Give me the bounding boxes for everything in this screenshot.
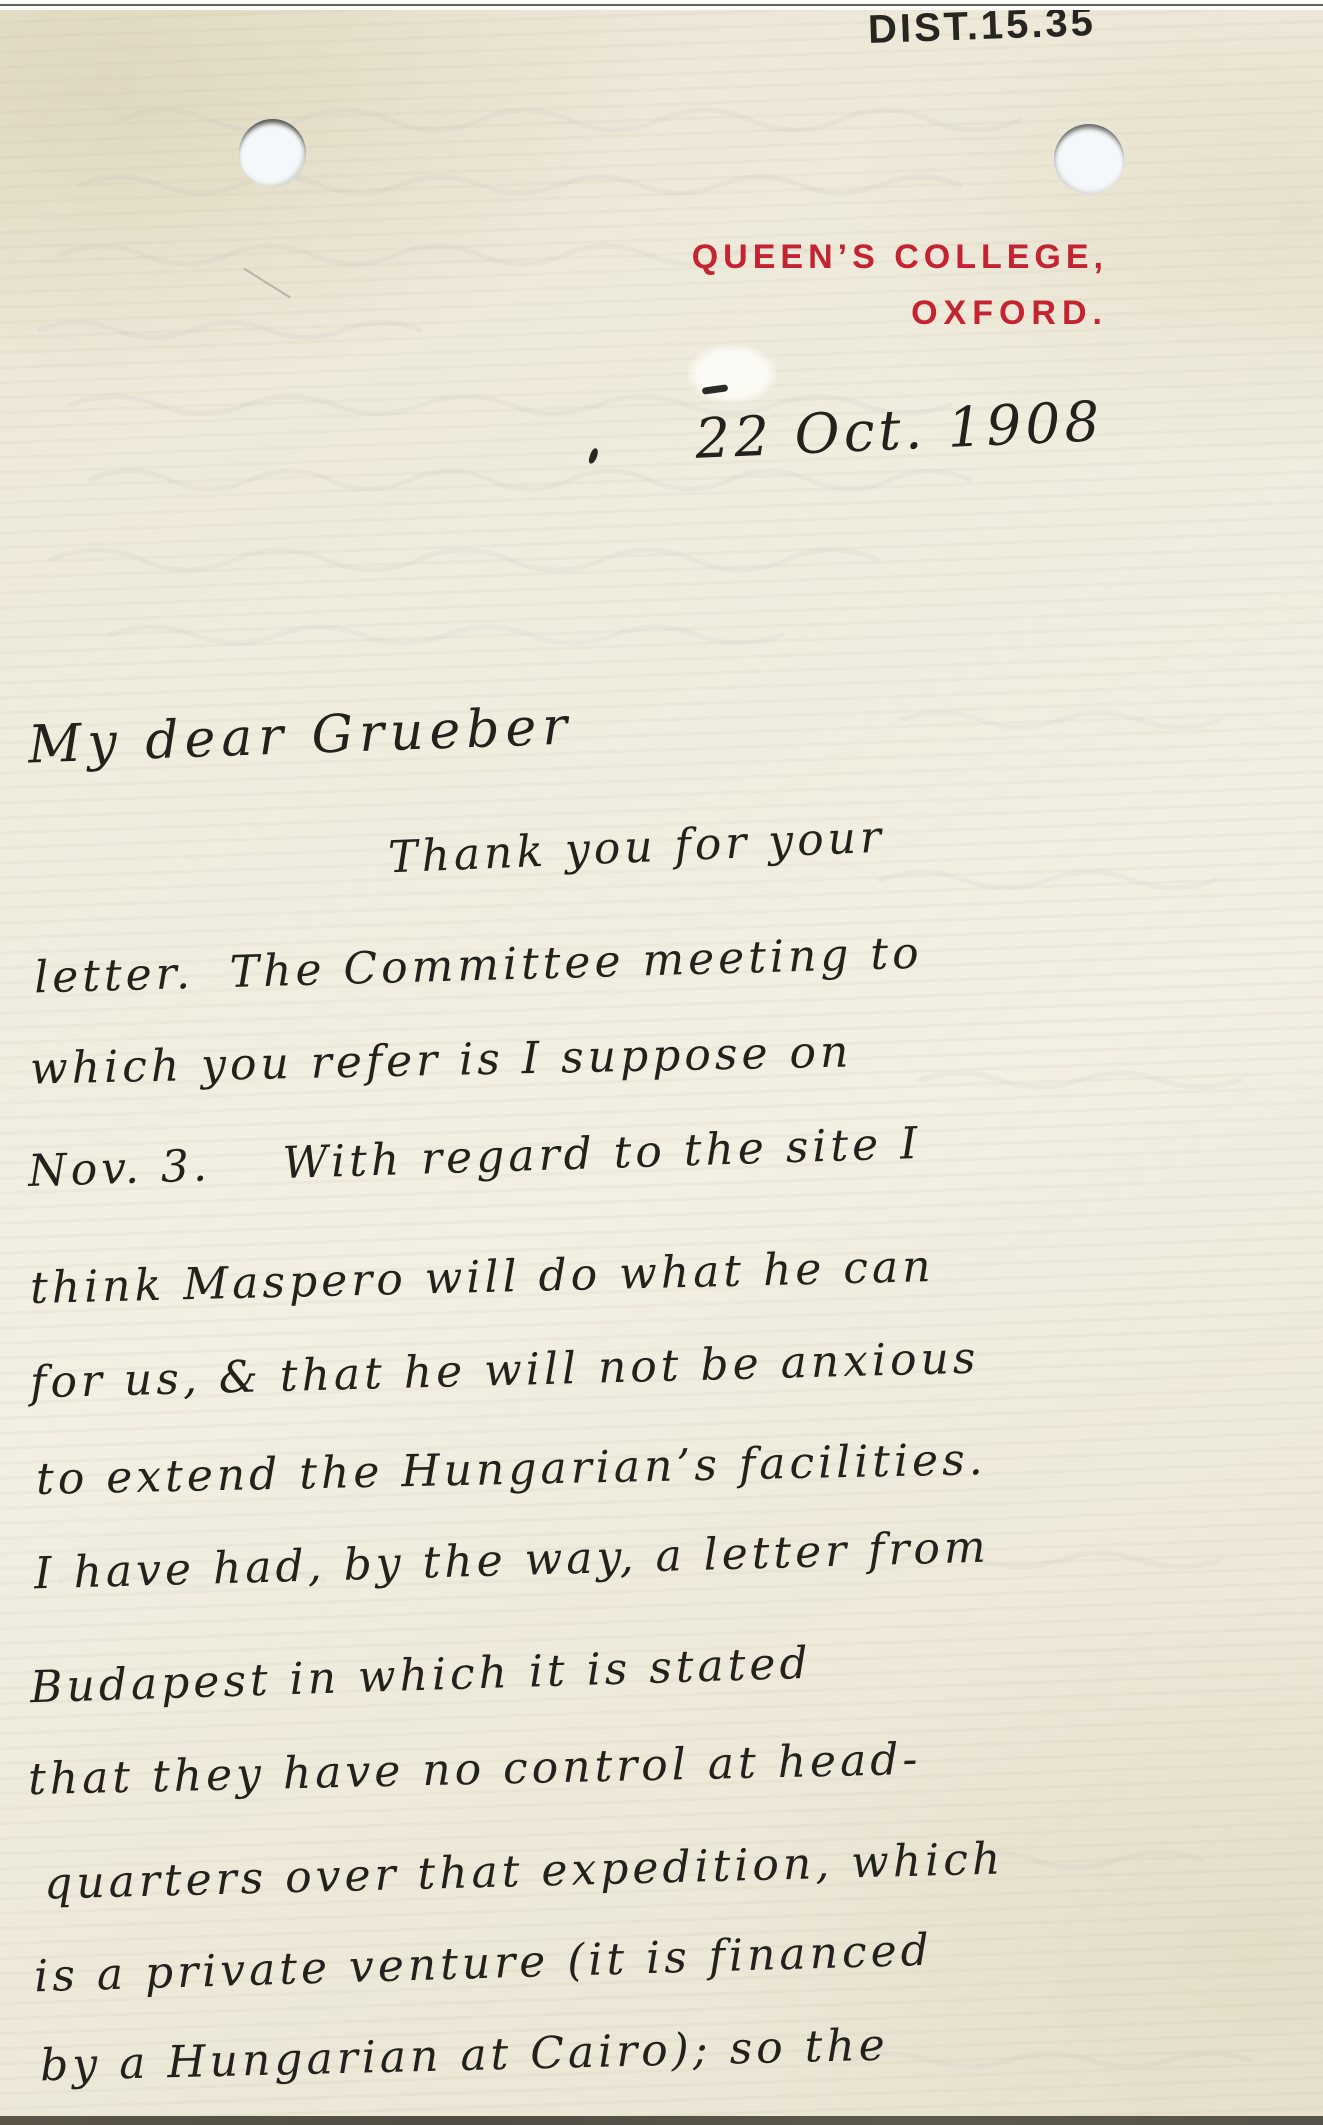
paper-damage-patch xyxy=(688,345,776,403)
letterhead-city-line: OXFORD. xyxy=(500,294,1108,333)
scanner-edge-line xyxy=(0,4,1323,6)
punch-hole-right xyxy=(1054,124,1124,194)
scanner-edge-bottom xyxy=(0,2116,1323,2125)
letterhead: QUEEN’S COLLEGE, OXFORD. xyxy=(500,238,1108,333)
letterhead-college-line: QUEEN’S COLLEGE, xyxy=(500,238,1108,277)
punch-hole-left xyxy=(239,119,306,187)
